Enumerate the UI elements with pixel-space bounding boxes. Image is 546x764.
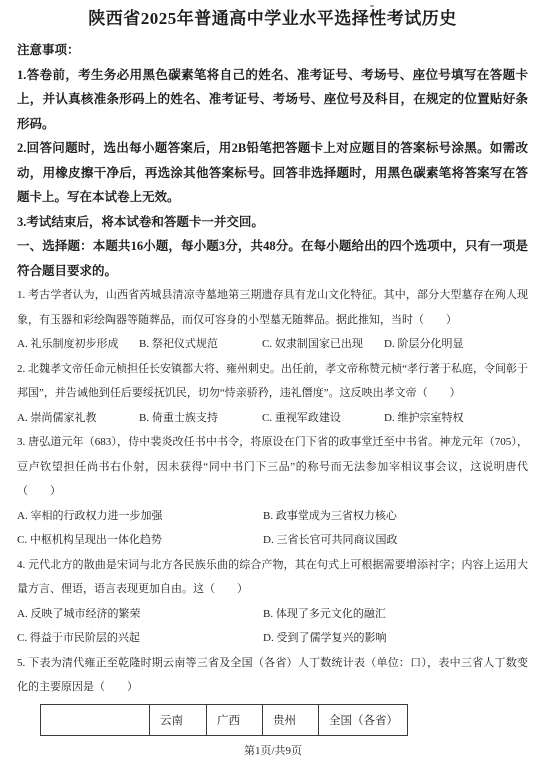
question-3-option-a: A. 宰相的行政权力进一步加强 bbox=[17, 504, 263, 529]
question-2-option-d: D. 维护宗室特权 bbox=[384, 406, 528, 431]
question-4-option-d: D. 受到了儒学复兴的影响 bbox=[263, 626, 528, 651]
question-4-options: A. 反映了城市经济的繁荣 B. 体现了多元文化的融汇 C. 得益于市民阶层的兴… bbox=[17, 602, 528, 651]
question-1: 1. 考古学者认为，山西省芮城县清凉寺墓地第三期遗存具有龙山文化特征。其中，部分… bbox=[17, 283, 528, 357]
question-3-option-c: C. 中枢机构呈现出一体化趋势 bbox=[17, 528, 263, 553]
notice-item-2: 2.回答问题时，选出每小题答案后，用2B铅笔把答题卡上对应题目的答案标号涂黑。如… bbox=[17, 136, 528, 210]
question-4-option-b: B. 体现了多元文化的融汇 bbox=[263, 602, 528, 627]
question-4-option-c: C. 得益于市民阶层的兴起 bbox=[17, 626, 263, 651]
population-statistics-table: 云南 广西 贵州 全国（各省） bbox=[40, 704, 408, 736]
question-1-option-b: B. 祭祀仪式规范 bbox=[139, 332, 262, 357]
scan-artifact bbox=[370, 5, 374, 7]
table-header-national: 全国（各省） bbox=[319, 704, 408, 735]
question-1-option-a: A. 礼乐制度初步形成 bbox=[17, 332, 139, 357]
question-2-option-b: B. 倚重士族支持 bbox=[139, 406, 262, 431]
page-footer: 第1页/共9页 bbox=[0, 742, 546, 758]
question-5: 5. 下表为清代雍正至乾隆时期云南等三省及全国（各省）人丁数统计表（单位：口），… bbox=[17, 651, 528, 736]
question-1-option-c: C. 奴隶制国家已出现 bbox=[262, 332, 384, 357]
question-1-option-d: D. 阶层分化明显 bbox=[384, 332, 528, 357]
question-3-options: A. 宰相的行政权力进一步加强 B. 政事堂成为三省权力核心 C. 中枢机构呈现… bbox=[17, 504, 528, 553]
question-3-stem: 3. 唐弘道元年（683），侍中裴炎改任书中书令，将原设在门下省的政事堂迁至中书… bbox=[17, 430, 528, 504]
question-4-stem: 4. 元代北方的散曲是宋词与北方各民族乐曲的综合产物，其在句式上可根据需要增添衬… bbox=[17, 553, 528, 602]
question-2-option-a: A. 崇尚儒家礼教 bbox=[17, 406, 139, 431]
section-1-heading: 一、选择题：本题共16小题，每小题3分，共48分。在每小题给出的四个选项中，只有… bbox=[17, 234, 528, 283]
question-2-option-c: C. 重视军政建设 bbox=[262, 406, 384, 431]
question-3: 3. 唐弘道元年（683），侍中裴炎改任书中书令，将原设在门下省的政事堂迁至中书… bbox=[17, 430, 528, 553]
exam-page: 陕西省2025年普通高中学业水平选择性考试历史 注意事项： 1.答卷前，考生务必… bbox=[0, 0, 546, 764]
question-2-options: A. 崇尚儒家礼教 B. 倚重士族支持 C. 重视军政建设 D. 维护宗室特权 bbox=[17, 406, 528, 431]
question-4-option-a: A. 反映了城市经济的繁荣 bbox=[17, 602, 263, 627]
question-5-stem: 5. 下表为清代雍正至乾隆时期云南等三省及全国（各省）人丁数统计表（单位：口），… bbox=[17, 651, 528, 700]
question-1-stem: 1. 考古学者认为，山西省芮城县清凉寺墓地第三期遗存具有龙山文化特征。其中，部分… bbox=[17, 283, 528, 332]
question-3-option-d: D. 三省长官可共同商议国政 bbox=[263, 528, 528, 553]
question-3-option-b: B. 政事堂成为三省权力核心 bbox=[263, 504, 528, 529]
notice-item-3: 3.考试结束后，将本试卷和答题卡一并交回。 bbox=[17, 210, 528, 235]
table-header-row: 云南 广西 贵州 全国（各省） bbox=[41, 704, 408, 735]
notice-item-1: 1.答卷前，考生务必用黑色碳素笔将自己的姓名、准考证号、考场号、座位号填写在答题… bbox=[17, 63, 528, 137]
question-1-options: A. 礼乐制度初步形成 B. 祭祀仪式规范 C. 奴隶制国家已出现 D. 阶层分… bbox=[17, 332, 528, 357]
question-2: 2. 北魏孝文帝任命元桢担任长安镇都大将、雍州刺史。出任前，孝文帝称赞元桢“孝行… bbox=[17, 357, 528, 431]
table-header-guizhou: 贵州 bbox=[263, 704, 319, 735]
notice-heading: 注意事项： bbox=[17, 38, 528, 63]
table-header-blank bbox=[41, 704, 150, 735]
question-2-stem: 2. 北魏孝文帝任命元桢担任长安镇都大将、雍州刺史。出任前，孝文帝称赞元桢“孝行… bbox=[17, 357, 528, 406]
page-title: 陕西省2025年普通高中学业水平选择性考试历史 bbox=[17, 8, 528, 30]
table-header-yunnan: 云南 bbox=[150, 704, 207, 735]
question-4: 4. 元代北方的散曲是宋词与北方各民族乐曲的综合产物，其在句式上可根据需要增添衬… bbox=[17, 553, 528, 651]
table-header-guangxi: 广西 bbox=[207, 704, 263, 735]
